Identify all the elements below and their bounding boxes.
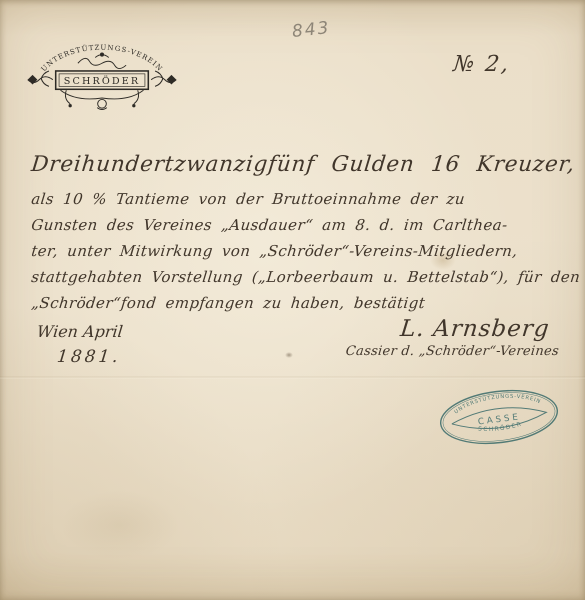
handwritten-line: Dreihundertzwanzigfünf Gulden 16 Kreuzer… (30, 152, 561, 177)
letterhead-banner-text: SCHRÖDER (64, 75, 140, 87)
pencil-archive-number: 843 (291, 18, 331, 42)
year-line: 1881. (56, 347, 124, 367)
svg-text:UNTERSTÜTZUNGS-VEREIN: UNTERSTÜTZUNGS-VEREIN (40, 44, 165, 74)
handwritten-line: „Schröder“fond empfangen zu haben, bestä… (30, 290, 561, 316)
letterhead-arc-text: UNTERSTÜTZUNGS-VEREIN (40, 44, 165, 74)
handwritten-line: als 10 % Tantieme von der Bruttoeinnahme… (30, 186, 561, 212)
handwritten-body: Dreihundertzwanzigfünf Gulden 16 Kreuzer… (30, 152, 558, 367)
letterhead-garland (61, 90, 144, 109)
handwritten-line: ter, unter Mitwirkung von „Schröder“-Ver… (30, 238, 561, 264)
place-line: Wien April (36, 322, 124, 341)
handwritten-line: Gunsten des Vereines „Ausdauer“ am 8. d.… (30, 212, 561, 238)
casse-rubber-stamp-icon: UNTERSTÜTZUNGS-VEREIN CASSE SCHRÖDER (435, 381, 563, 453)
paper-stain (60, 490, 180, 560)
paper-crease (0, 376, 585, 379)
document-number: № 2, (452, 52, 511, 77)
signature: L. Arnsberg (345, 316, 561, 342)
stamp-arc-top-text: UNTERSTÜTZUNGS-VEREIN (452, 389, 542, 416)
svg-text:UNTERSTÜTZUNGS-VEREIN: UNTERSTÜTZUNGS-VEREIN (452, 389, 542, 416)
scanned-document: UNTERSTÜTZUNGS-VEREIN SCHRÖDER (0, 0, 585, 600)
signature-block: L. Arnsberg Cassier d. „Schröder“-Verein… (345, 316, 558, 359)
handwritten-line: stattgehabten Vorstellung („Lorbeerbaum … (30, 264, 561, 290)
letterhead-emblem-icon: UNTERSTÜTZUNGS-VEREIN SCHRÖDER (20, 28, 184, 112)
place-date-block: Wien April 1881. (30, 322, 122, 367)
signature-title: Cassier d. „Schröder“-Vereines (345, 344, 560, 359)
letterhead-top-ornament (78, 53, 126, 69)
